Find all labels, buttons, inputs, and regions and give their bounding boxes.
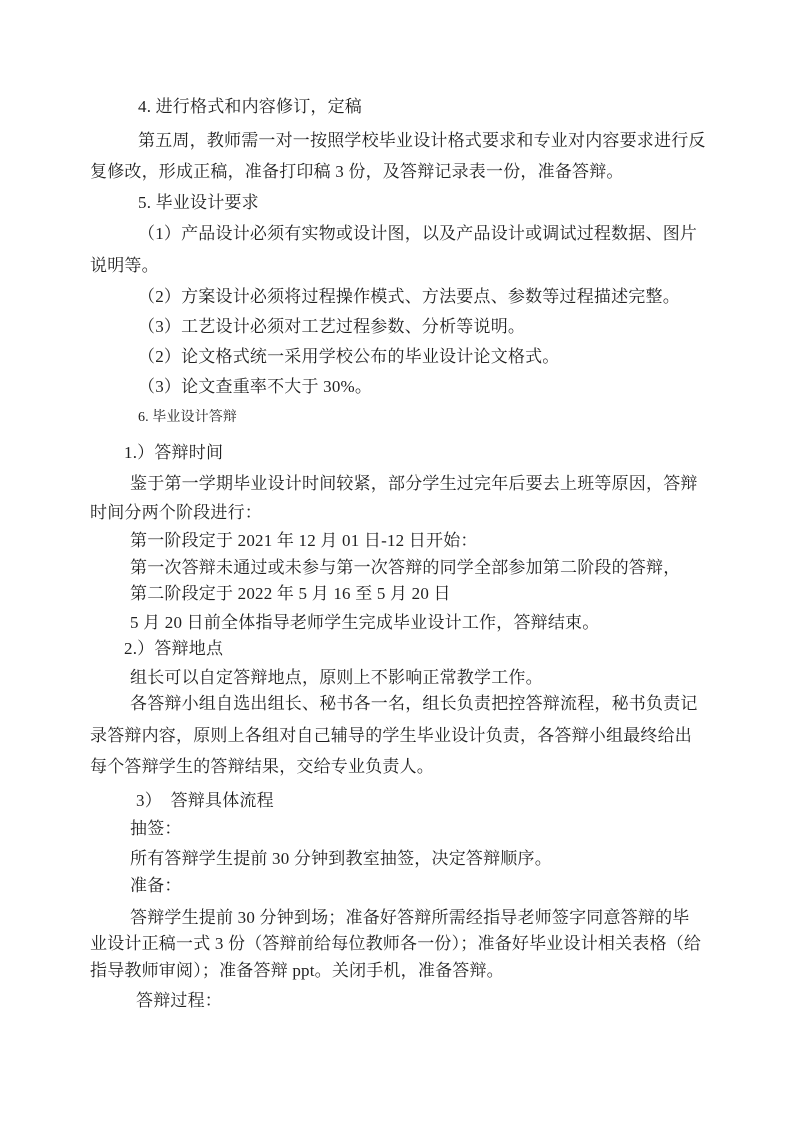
label-draw-lots: 抽签：: [90, 813, 755, 844]
doc-line-continuation: 说明等。: [90, 250, 715, 281]
document-page: 4. 进行格式和内容修订，定稿 第五周，教师需一对一按照学校毕业设计格式要求和专…: [0, 0, 793, 1122]
doc-line: 第二阶段定于 2022 年 5 月 16 至 5 月 20 日: [90, 578, 755, 609]
doc-line-continuation: 时间分两个阶段进行：: [90, 497, 715, 528]
subheading-defense-procedure: 3） 答辩具体流程: [90, 785, 761, 816]
label-preparation: 准备：: [90, 870, 755, 901]
doc-line: （1）产品设计必须有实物或设计图，以及产品设计或调试过程数据、图片: [90, 218, 763, 249]
doc-line-continuation: 录答辩内容，原则上各组对自己辅导的学生毕业设计负责，各答辩小组最终给出: [90, 720, 715, 751]
heading-step4: 4. 进行格式和内容修订，定稿: [90, 91, 763, 122]
heading-step6: 6. 毕业设计答辩: [90, 405, 763, 431]
label-defense-process: 答辩过程：: [90, 985, 761, 1016]
doc-line: （2）方案设计必须将过程操作模式、方法要点、参数等过程描述完整。: [90, 281, 763, 312]
doc-line: （3）工艺设计必须对工艺过程参数、分析等说明。: [90, 311, 763, 342]
doc-line-continuation: 指导教师审阅）；准备答辩 ppt。关闭手机，准备答辩。: [90, 955, 715, 986]
heading-step5: 5. 毕业设计要求: [90, 187, 763, 218]
doc-line-continuation: 每个答辩学生的答辩结果，交给专业负责人。: [90, 751, 715, 782]
subheading-defense-location: 2.）答辩地点: [90, 633, 749, 664]
subheading-defense-time: 1.）答辩时间: [90, 437, 749, 468]
doc-line: （2）论文格式统一采用学校公布的毕业设计论文格式。: [90, 341, 763, 372]
doc-line: （3）论文查重率不大于 30%。: [90, 371, 763, 402]
doc-line-continuation: 复修改，形成正稿，准备打印稿 3 份，及答辩记录表一份，准备答辩。: [90, 156, 715, 187]
doc-line: 鉴于第一学期毕业设计时间较紧，部分学生过完年后要去上班等原因，答辩: [90, 468, 755, 499]
doc-line: 各答辩小组自选出组长、秘书各一名，组长负责把控答辩流程，秘书负责记: [90, 688, 755, 719]
doc-line: 第五周，教师需一对一按照学校毕业设计格式要求和专业对内容要求进行反: [90, 125, 763, 156]
